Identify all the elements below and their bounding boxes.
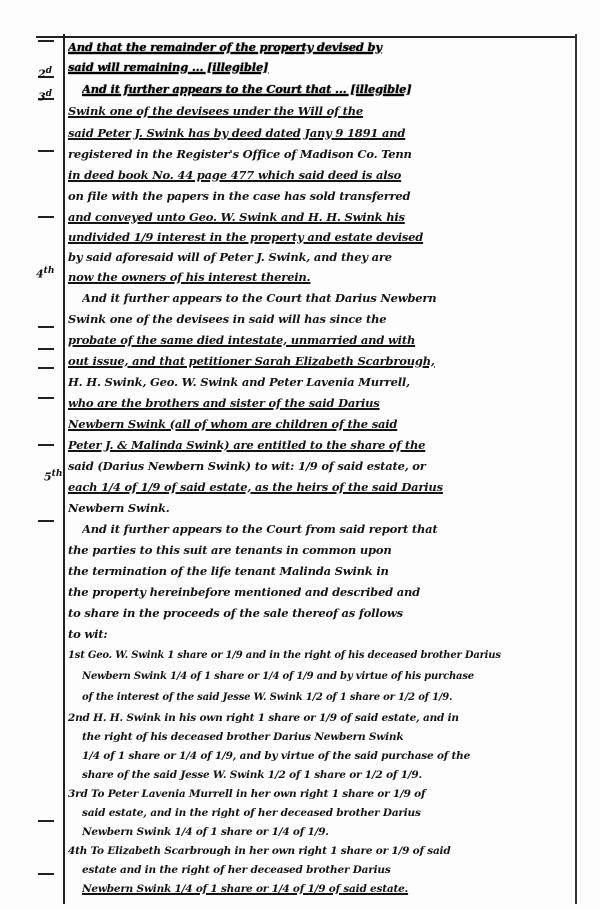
margin-dash [38, 40, 54, 42]
margin-dash [38, 444, 54, 446]
margin-mark-5th: 5th [44, 466, 64, 482]
document-line: said Peter J. Swink has by deed dated Ja… [68, 124, 573, 143]
margin-dash [38, 820, 54, 822]
margin-dash [38, 367, 54, 369]
document-line: the right of his deceased brother Darius… [82, 728, 573, 747]
document-line: and conveyed unto Geo. W. Swink and H. H… [68, 208, 573, 227]
document-line: probate of the same died intestate, unma… [68, 331, 573, 350]
document-line: to wit: [68, 625, 573, 644]
margin-mark-4th: 4th [36, 263, 56, 279]
margin-mark-2nd: 2d [38, 63, 58, 79]
margin-dash [38, 216, 54, 218]
document-line: on file with the papers in the case has … [68, 187, 573, 206]
document-line: 3rd To Peter Lavenia Murrell in her own … [68, 785, 573, 804]
margin-dash [38, 348, 54, 350]
document-line: each 1/4 of 1/9 of said estate, as the h… [68, 478, 573, 497]
margin-dash [38, 873, 54, 875]
document-line: 2nd H. H. Swink in his own right 1 share… [68, 709, 573, 728]
document-line: And it further appears to the Court from… [82, 520, 573, 539]
document-line: Newbern Swink 1/4 of 1 share or 1/4 of 1… [82, 880, 573, 899]
document-line: by said aforesaid will of Peter J. Swink… [68, 248, 573, 267]
document-line: 1/4 of 1 share or 1/4 of 1/9, and by vir… [82, 747, 573, 766]
document-line: said estate, and in the right of her dec… [82, 804, 573, 823]
document-line: the termination of the life tenant Malin… [68, 562, 573, 581]
document-line: Newbern Swink (all of whom are children … [68, 415, 573, 434]
document-line: Newbern Swink 1/4 of 1 share or 1/4 of 1… [82, 823, 573, 842]
document-line: in deed book No. 44 page 477 which said … [68, 166, 573, 185]
document-line: estate and in the right of her deceased … [82, 861, 573, 880]
document-line: out issue, and that petitioner Sarah Eli… [68, 352, 573, 371]
document-line: Peter J. & Malinda Swink) are entitled t… [68, 436, 573, 455]
document-line: 1st Geo. W. Swink 1 share or 1/9 and in … [68, 646, 573, 665]
document-line: now the owners of his interest therein. [68, 268, 573, 287]
margin-dash [38, 520, 54, 522]
document-line: 4th To Elizabeth Scarbrough in her own r… [68, 842, 573, 861]
document-line: said will remaining ... [illegible] [68, 58, 573, 77]
document-line: H. H. Swink, Geo. W. Swink and Peter Lav… [68, 373, 573, 392]
document-line: of the interest of the said Jesse W. Swi… [82, 688, 573, 707]
margin-dash [38, 397, 54, 399]
margin-dash [38, 326, 54, 328]
document-line: share of the said Jesse W. Swink 1/2 of … [82, 766, 573, 785]
document-page: 2d 3d 4th 5th And that the remainder of … [0, 0, 600, 909]
document-line: undivided 1/9 interest in the property a… [68, 228, 573, 247]
margin-mark-3rd: 3d [38, 86, 58, 102]
document-line: registered in the Register's Office of M… [68, 145, 573, 164]
document-line: the parties to this suit are tenants in … [68, 541, 573, 560]
document-line: And that the remainder of the property d… [68, 38, 573, 57]
right-margin-rule [575, 34, 577, 904]
document-line: said (Darius Newbern Swink) to wit: 1/9 … [68, 457, 573, 476]
document-line: who are the brothers and sister of the s… [68, 394, 573, 413]
document-line: Newbern Swink 1/4 of 1 share or 1/4 of 1… [82, 667, 573, 686]
document-line: Newbern Swink. [68, 499, 573, 518]
document-line: Swink one of the devisees in said will h… [68, 310, 573, 329]
document-line: to share in the proceeds of the sale the… [68, 604, 573, 623]
document-line: And it further appears to the Court that… [82, 289, 573, 308]
document-line: And it further appears to the Court that… [82, 80, 573, 99]
document-line: Swink one of the devisees under the Will… [68, 102, 573, 121]
document-line: the property hereinbefore mentioned and … [68, 583, 573, 602]
margin-dash [38, 150, 54, 152]
